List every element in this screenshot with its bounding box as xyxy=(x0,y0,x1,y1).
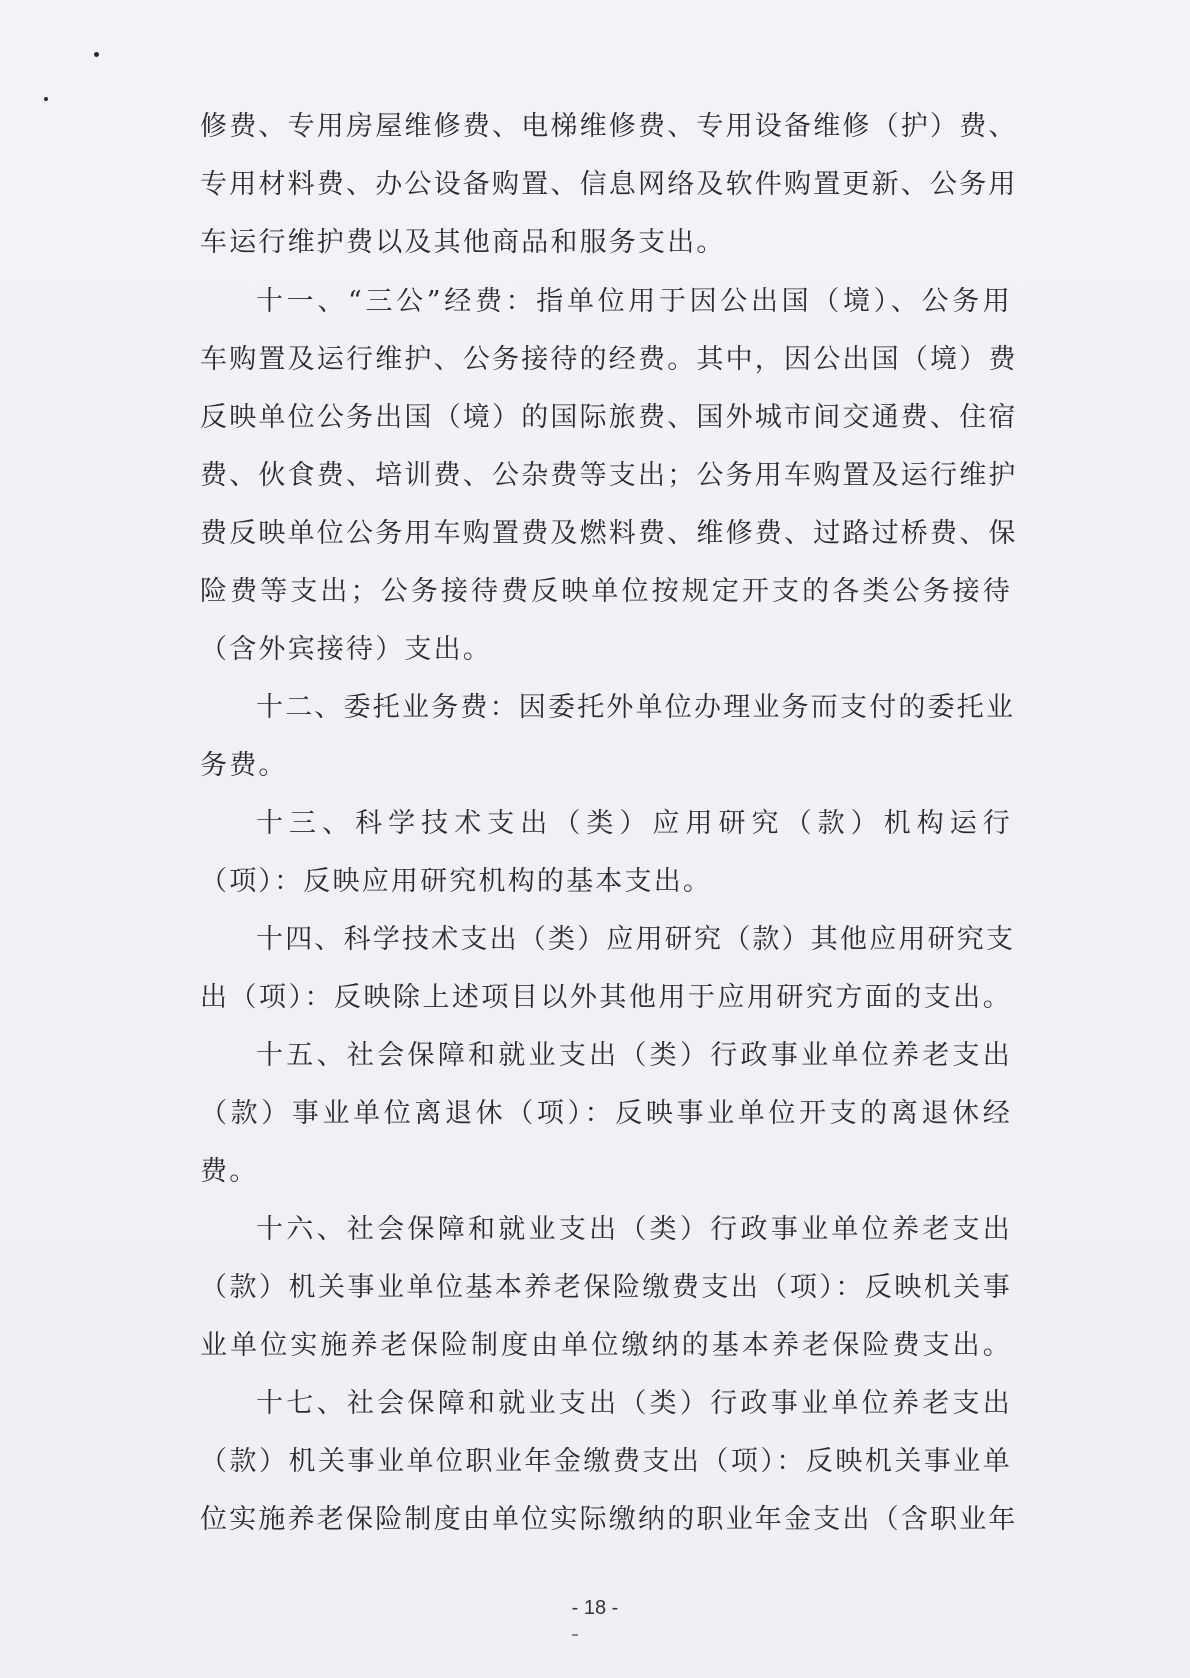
text-line: 专用材料费、办公设备购置、信息网络及软件购置更新、公务用 xyxy=(200,168,1012,202)
text-line: 出（项）：反映除上述项目以外其他用于应用研究方面的支出。 xyxy=(200,981,1012,1015)
scan-mark xyxy=(572,1634,578,1636)
text-line: 修费、专用房屋维修费、电梯维修费、专用设备维修（护）费、 xyxy=(200,110,1012,144)
paragraph-heading-15: 十五、社会保障和就业支出（类）行政事业单位养老支出 xyxy=(256,1039,1012,1073)
text-line: 反映单位公务出国（境）的国际旅费、国外城市间交通费、住宿 xyxy=(200,401,1012,435)
text-line: 费反映单位公务用车购置费及燃料费、维修费、过路过桥费、保 xyxy=(200,517,1012,551)
text-line: （款）机关事业单位职业年金缴费支出（项）：反映机关事业单 xyxy=(200,1445,1012,1479)
paragraph-heading-14: 十四、科学技术支出（类）应用研究（款）其他应用研究支 xyxy=(256,923,1012,957)
text-line: （款）事业单位离退休（项）：反映事业单位开支的离退休经 xyxy=(200,1097,1012,1131)
paragraph-heading-12: 十二、委托业务费：因委托外单位办理业务而支付的委托业 xyxy=(256,691,1012,725)
scan-speck xyxy=(94,52,99,57)
page-number: - 18 - xyxy=(0,1597,1190,1620)
text-line: 险费等支出；公务接待费反映单位按规定开支的各类公务接待 xyxy=(200,575,1012,609)
paragraph-heading-16: 十六、社会保障和就业支出（类）行政事业单位养老支出 xyxy=(256,1213,1012,1247)
text-line: 位实施养老保险制度由单位实际缴纳的职业年金支出（含职业年 xyxy=(200,1503,1012,1537)
text-line: 车购置及运行维护、公务接待的经费。其中，因公出国（境）费 xyxy=(200,343,1012,377)
text-line: （项）：反映应用研究机构的基本支出。 xyxy=(200,865,1012,899)
text-line: 车运行维护费以及其他商品和服务支出。 xyxy=(200,226,1012,260)
text-line: 业单位实施养老保险制度由单位缴纳的基本养老保险费支出。 xyxy=(200,1329,1012,1363)
text-line: （含外宾接待）支出。 xyxy=(200,633,1012,667)
paragraph-heading-17: 十七、社会保障和就业支出（类）行政事业单位养老支出 xyxy=(256,1387,1012,1421)
paragraph-heading-11: 十一、“三公”经费：指单位用于因公出国（境）、公务用 xyxy=(256,285,1012,319)
text-line: （款）机关事业单位基本养老保险缴费支出（项）：反映机关事 xyxy=(200,1271,1012,1305)
document-page: 修费、专用房屋维修费、电梯维修费、专用设备维修（护）费、 专用材料费、办公设备购… xyxy=(0,0,1190,1678)
text-line: 费。 xyxy=(200,1155,1012,1189)
paragraph-heading-13: 十三、科学技术支出（类）应用研究（款）机构运行 xyxy=(256,807,1012,841)
scan-speck xyxy=(44,97,48,101)
text-line: 务费。 xyxy=(200,749,1012,783)
text-line: 费、伙食费、培训费、公杂费等支出；公务用车购置及运行维护 xyxy=(200,459,1012,493)
